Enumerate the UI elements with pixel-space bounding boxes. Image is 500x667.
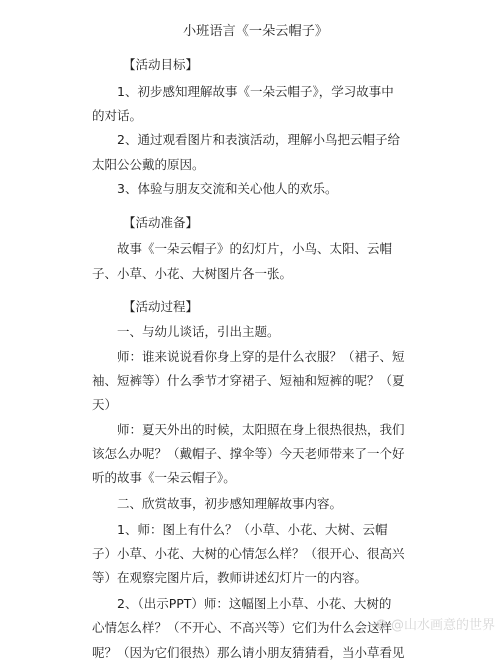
- section-heading: 【活动过程】: [123, 299, 198, 315]
- body-text-line: 1、师：图上有什么？（小草、小花、大树、云帽: [117, 522, 387, 538]
- body-text-line: 袖、短裤等）什么季节才穿裙子、短袖和短裤的呢？（夏: [92, 373, 405, 389]
- body-text-line: 听的故事《一朵云帽子》。: [92, 470, 236, 486]
- body-text-line: 2、（出示PPT）师：这幅图上小草、小花、大树的: [117, 596, 391, 612]
- body-text-line: 故事《一朵云帽子》的幻灯片，小鸟、太阳、云帽: [117, 241, 392, 257]
- body-text-line: 呢？（因为它们很热）那么请小朋友猜猜看，当小草看见: [92, 645, 405, 661]
- body-text-line: 天）: [92, 397, 117, 413]
- body-text-line: 3、体验与朋友交流和关心他人的欢乐。: [117, 181, 337, 197]
- weibo-logo-icon: ❂: [376, 618, 387, 633]
- body-text-line: 心情怎么样？（不开心、不高兴等）它们为什么会这样: [92, 620, 392, 636]
- document-title: 小班语言《一朵云帽子》: [183, 24, 328, 40]
- body-text-line: 二、欣赏故事，初步感知理解故事内容。: [117, 496, 342, 512]
- watermark-text: @山水画意的世界: [391, 618, 495, 633]
- watermark: ❂ @山水画意的世界: [376, 618, 495, 634]
- body-text-line: 师：夏天外出的时候，太阳照在身上很热很热，我们: [117, 422, 405, 438]
- section-heading: 【活动目标】: [123, 57, 198, 73]
- body-text-line: 师：谁来说说看你身上穿的是什么衣服？（裙子、短: [117, 349, 405, 365]
- body-text-line: 子）小草、小花、大树的心情怎么样？（很开心、很高兴: [92, 546, 405, 562]
- body-text-line: 等）在观察完图片后，教师讲述幻灯片一的内容。: [92, 570, 367, 586]
- body-text-line: 一、与幼儿谈话，引出主题。: [117, 324, 280, 340]
- body-text-line: 该怎么办呢？（戴帽子、撑伞等）今天老师带来了一个好: [92, 446, 405, 462]
- document-page: 小班语言《一朵云帽子》 【活动目标】1、初步感知理解故事《一朵云帽子》，学习故事…: [0, 0, 500, 667]
- body-text-line: 子、小草、小花、大树图片各一张。: [92, 266, 292, 282]
- body-text-line: 太阳公公戴的原因。: [92, 157, 205, 173]
- body-text-line: 1、初步感知理解故事《一朵云帽子》，学习故事中: [117, 84, 394, 100]
- body-text-line: 的对话。: [92, 108, 142, 124]
- body-text-line: 2、通过观看图片和表演活动，理解小鸟把云帽子给: [117, 132, 400, 148]
- section-heading: 【活动准备】: [123, 215, 198, 231]
